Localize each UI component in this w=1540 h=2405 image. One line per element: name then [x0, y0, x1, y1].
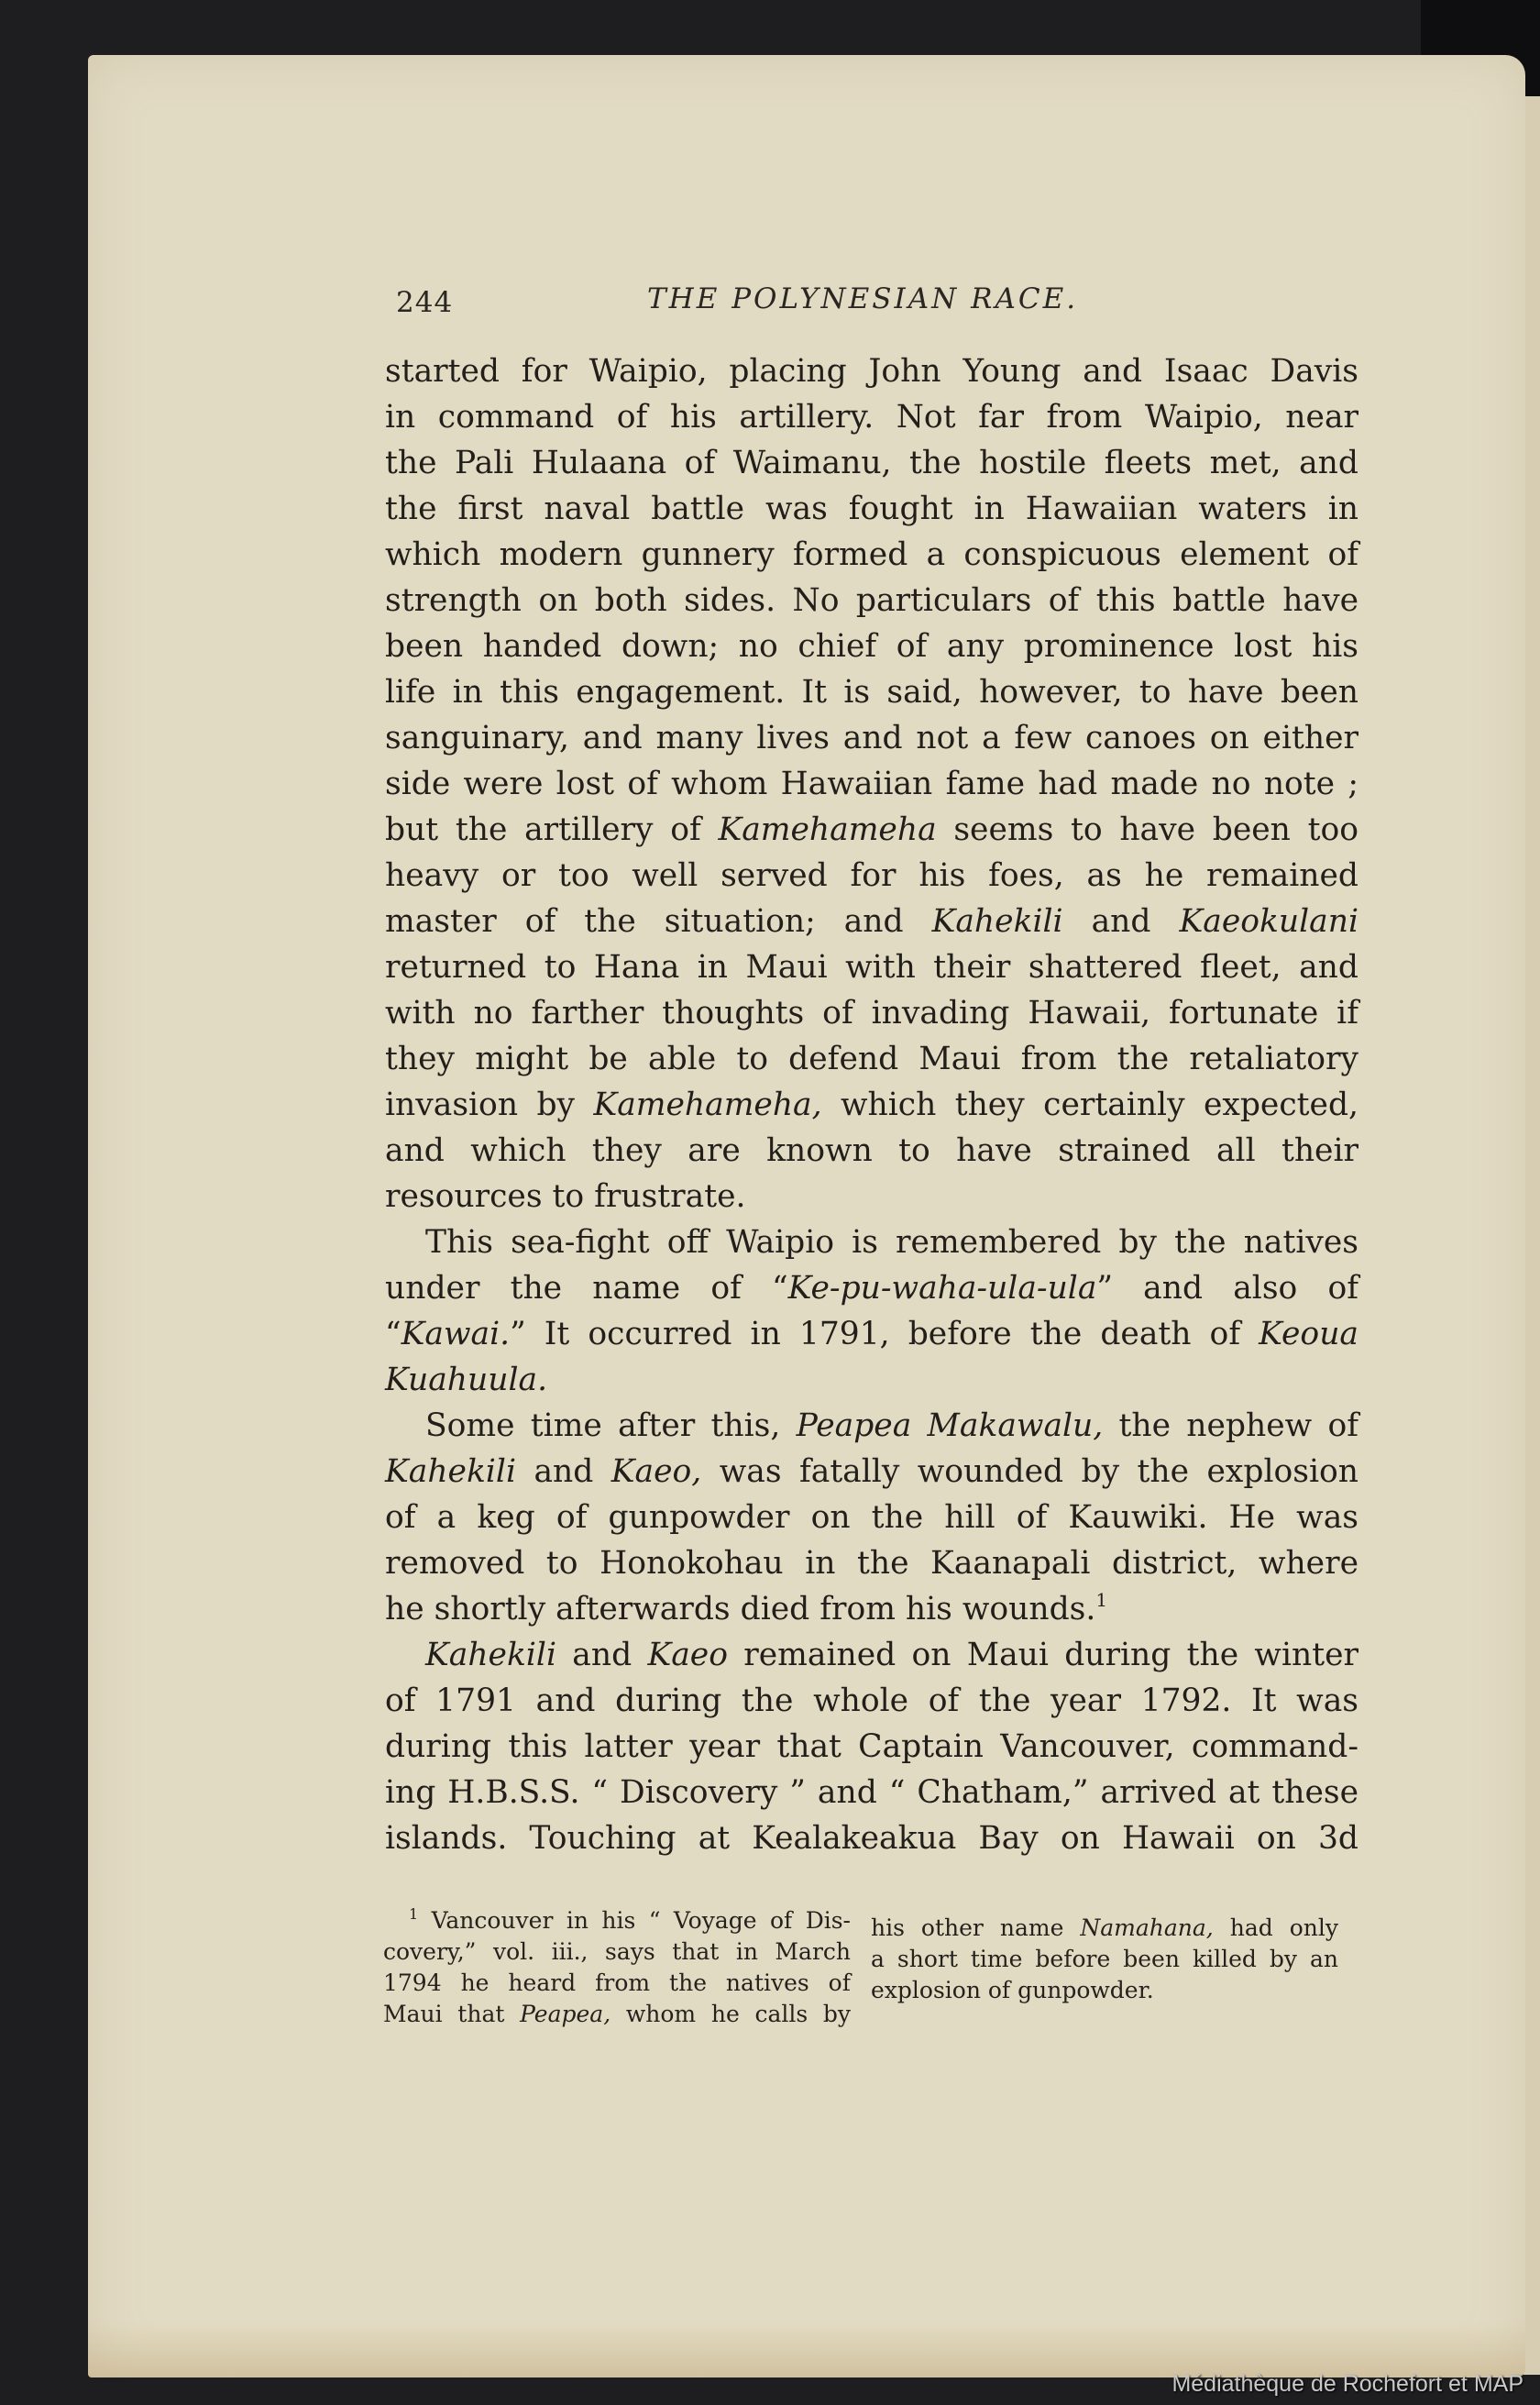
- italic-name: Ke-pu-waha-ula-ula: [788, 1270, 1097, 1307]
- footnote-marker: 1: [409, 1905, 418, 1923]
- italic-name: Peapea Makawalu,: [797, 1407, 1104, 1444]
- running-title: THE POLYNESIAN RACE.: [647, 282, 1078, 315]
- italic-name: Kahekili: [425, 1637, 556, 1673]
- paragraph-start-line: Some time after this, Peapea Makawalu, t…: [385, 1403, 1358, 1449]
- text-line: heavy or too well served for his foes, a…: [385, 853, 1358, 899]
- italic-name: Kaeokulani: [1179, 903, 1358, 940]
- footnote-line: explosion of gunpowder.: [871, 1975, 1338, 2006]
- italic-name: Peapea,: [520, 2001, 610, 2027]
- text-line: which modern gunnery formed a conspicuou…: [385, 532, 1358, 578]
- text-line: master of the situation; and Kahekili an…: [385, 899, 1358, 944]
- italic-name: Kawai.: [401, 1316, 510, 1352]
- footnote-line: Maui that Peapea, whom he calls by: [383, 1999, 851, 2030]
- footnote-ref: 1: [1095, 1589, 1107, 1611]
- footnote-line: covery,” vol. iii., says that in March: [383, 1936, 851, 1968]
- text-line: they might be able to defend Maui from t…: [385, 1036, 1358, 1082]
- italic-name: Kahekili: [385, 1453, 516, 1490]
- footnote-column-right: his other name Namahana, had only a shor…: [871, 1913, 1338, 2006]
- italic-name: Kaeo,: [611, 1453, 702, 1490]
- text-line: under the name of “Ke-pu-waha-ula-ula” a…: [385, 1265, 1358, 1311]
- italic-name: Kuahuula.: [385, 1362, 547, 1398]
- text-line: ing H.B.S.S. “ Discovery ” and “ Chatham…: [385, 1770, 1358, 1815]
- italic-name: Namahana,: [1080, 1914, 1213, 1941]
- text-line: been handed down; no chief of any promin…: [385, 623, 1358, 669]
- text-line: but the artillery of Kamehameha seems to…: [385, 807, 1358, 853]
- italic-name: Kaeo: [647, 1637, 728, 1673]
- text-line: of a keg of gunpowder on the hill of Kau…: [385, 1495, 1358, 1540]
- text-line: in command of his artillery. Not far fro…: [385, 394, 1358, 440]
- text-line: removed to Honokohau in the Kaanapali di…: [385, 1540, 1358, 1586]
- text-line: returned to Hana in Maui with their shat…: [385, 944, 1358, 990]
- footnote-line: 1 Vancouver in his “ Voyage of Dis-: [383, 1905, 851, 1936]
- text-line: strength on both sides. No particulars o…: [385, 578, 1358, 623]
- body-text: started for Waipio, placing John Young a…: [385, 348, 1358, 1861]
- page-number: 244: [396, 286, 453, 319]
- italic-name: Kahekili: [932, 903, 1063, 940]
- text-line: with no farther thoughts of invading Haw…: [385, 990, 1358, 1036]
- text-line: the Pali Hulaana of Waimanu, the hostile…: [385, 440, 1358, 486]
- text-line: sanguinary, and many lives and not a few…: [385, 715, 1358, 761]
- text-line: of 1791 and during the whole of the year…: [385, 1678, 1358, 1724]
- text-line: the first naval battle was fought in Haw…: [385, 486, 1358, 532]
- text-line: during this latter year that Captain Van…: [385, 1724, 1358, 1770]
- paragraph-start-line: Kahekili and Kaeo remained on Maui durin…: [385, 1632, 1358, 1678]
- running-header: 244 THE POLYNESIAN RACE.: [396, 282, 1129, 328]
- italic-name: Kamehameha: [718, 811, 936, 848]
- source-credit: Médiathèque de Rochefort et MAP: [1171, 2371, 1523, 2398]
- text-line: islands. Touching at Kealakeakua Bay on …: [385, 1815, 1358, 1861]
- text-line: side were lost of whom Hawaiian fame had…: [385, 761, 1358, 807]
- text-line: “Kawai.” It occurred in 1791, before the…: [385, 1311, 1358, 1357]
- text-line: he shortly afterwards died from his woun…: [385, 1586, 1358, 1632]
- text-line: started for Waipio, placing John Young a…: [385, 348, 1358, 394]
- text-line: Kuahuula.: [385, 1357, 1358, 1403]
- footnote-line: his other name Namahana, had only: [871, 1913, 1338, 1944]
- italic-name: Kamehameha,: [593, 1087, 821, 1123]
- text-line: Kahekili and Kaeo, was fatally wounded b…: [385, 1449, 1358, 1495]
- footnote-line: 1794 he heard from the natives of: [383, 1968, 851, 1999]
- footnote-line: a short time before been killed by an: [871, 1944, 1338, 1975]
- text-line: invasion by Kamehameha, which they certa…: [385, 1082, 1358, 1128]
- footnote-column-left: 1 Vancouver in his “ Voyage of Dis- cove…: [383, 1905, 851, 2030]
- text-line: resources to frustrate.: [385, 1174, 1358, 1219]
- text-line: life in this engagement. It is said, how…: [385, 669, 1358, 715]
- paragraph-start-line: This sea-fight off Waipio is remembered …: [385, 1219, 1358, 1265]
- italic-name: Keoua: [1259, 1316, 1358, 1352]
- text-line: and which they are known to have straine…: [385, 1128, 1358, 1174]
